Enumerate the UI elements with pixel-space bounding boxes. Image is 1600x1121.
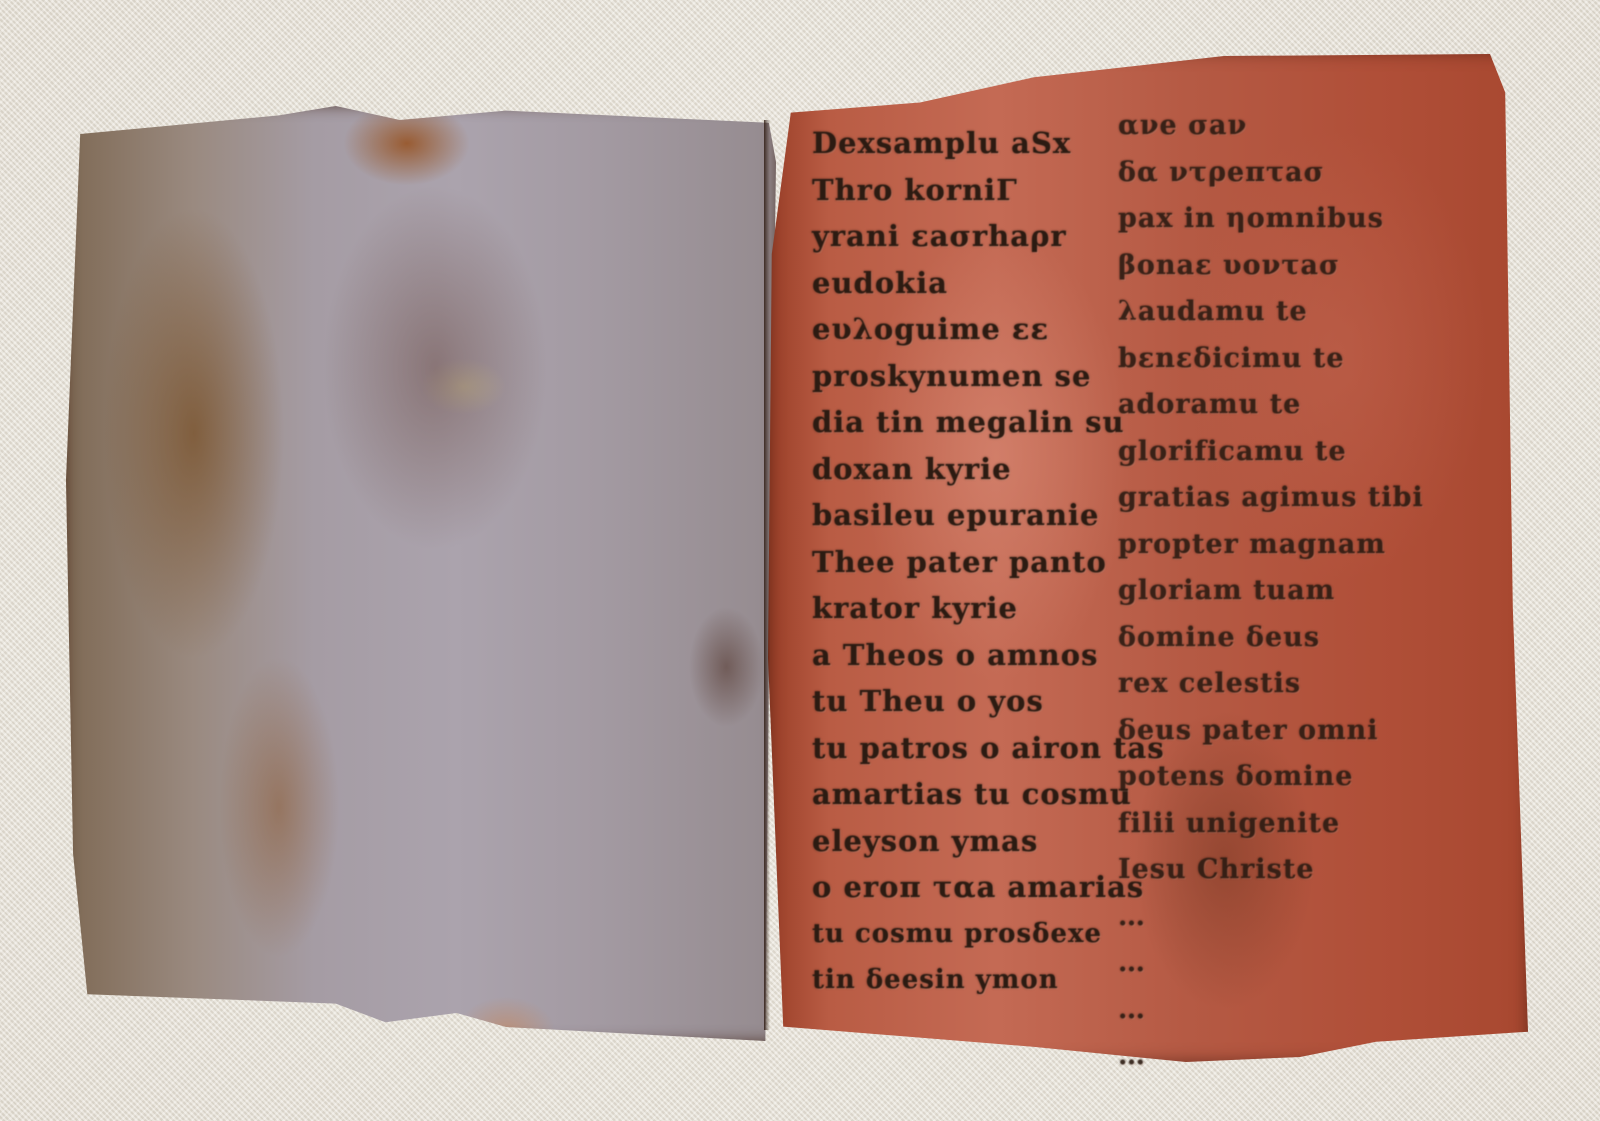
inscription-line: propter magnam [1118, 522, 1424, 569]
inscription-line: eudokia [812, 260, 1165, 307]
inscription-line: filii unigenite [1118, 801, 1424, 848]
photo-scene: Dexsamplu aSx Thro kοrniΓ yrani εaσrhaρr… [0, 0, 1600, 1121]
inscription-line: Thro kοrniΓ [812, 167, 1165, 214]
inscription-line: gloriam tuam [1118, 568, 1424, 615]
left-metal-plate [66, 106, 776, 1041]
inscription-line: tin δeesin ymon [812, 957, 1165, 1004]
inscription-column-a: Dexsamplu aSx Thro kοrniΓ yrani εaσrhaρr… [812, 120, 1165, 1004]
inscription-line: tu patros ο airon tas [812, 725, 1165, 772]
inscription-line: tu Theu ο yos [812, 678, 1165, 725]
inscription-line: … [1118, 1033, 1424, 1080]
inscription-line: ο eroπ ταa amarias [812, 864, 1165, 911]
inscription-line: ανe σaν [1118, 103, 1424, 150]
inscription-line: rex celestis [1118, 661, 1424, 708]
inscription-line: amartias tu cosmu [812, 771, 1165, 818]
inscription-line: δeus pater omni [1118, 708, 1424, 755]
inscription-line: eleyson ymas [812, 818, 1165, 865]
inscription-column-b: ανe σaν δα ντρeπτaσ pax in ηomnibus βοna… [1118, 103, 1424, 1080]
inscription-line: eυλoguime εε [812, 306, 1165, 353]
inscription-line: krator kyrie [812, 585, 1165, 632]
inscription-line: Thee pater panto [812, 539, 1165, 586]
inscription-line: … [1118, 987, 1424, 1034]
inscription-line: yrani εaσrhaρr [812, 213, 1165, 260]
inscription-line: βοnaε υoντaσ [1118, 243, 1424, 290]
inscription-line: Ιesu Christe [1118, 847, 1424, 894]
inscription-line: proskynumen se [812, 353, 1165, 400]
inscription-line: adoramu te [1118, 382, 1424, 429]
inscription-line: δα ντρeπτaσ [1118, 150, 1424, 197]
inscription-line: … [1118, 894, 1424, 941]
inscription-line: glorificamu te [1118, 429, 1424, 476]
inscription-line: dia tin megalin su [812, 399, 1165, 446]
inscription-line: a Theos ο amnos [812, 632, 1165, 679]
inscription-line: tu cosmu prosδexe [812, 911, 1165, 958]
inscription-line: … [1118, 940, 1424, 987]
inscription-line: λaudamu te [1118, 289, 1424, 336]
inscription-line: Dexsamplu aSx [812, 120, 1165, 167]
inscription-line: bεnεδicimu te [1118, 336, 1424, 383]
inscription-line: potens δοmine [1118, 754, 1424, 801]
plate-gutter-shadow [764, 120, 770, 1030]
inscription-line: gratias agimus tibi [1118, 475, 1424, 522]
inscription-line: δomine δeus [1118, 615, 1424, 662]
inscription-line: doxan kyrie [812, 446, 1165, 493]
inscription-line: pax in ηomnibus [1118, 196, 1424, 243]
inscription-line: basileu epuranie [812, 492, 1165, 539]
